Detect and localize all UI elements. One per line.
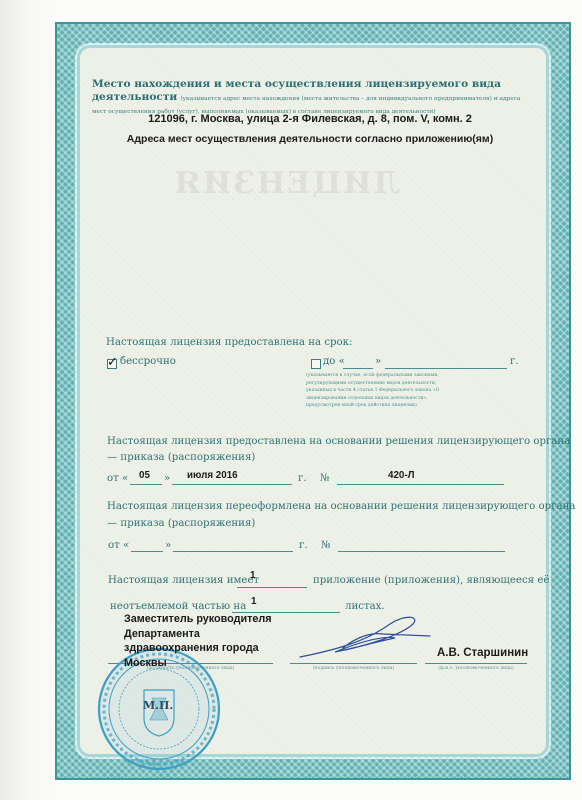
reissued-number-label: № (321, 540, 331, 551)
addresses-note: Адреса мест осуществления деятельности с… (80, 133, 540, 145)
indefinite-checkbox[interactable]: ✓ (107, 359, 117, 369)
granted-heading-line1: Настоящая лицензия предоставлена на осно… (107, 436, 570, 447)
granted-number-label: № (320, 473, 330, 484)
granted-number-line (337, 484, 504, 485)
appendix-text-before: Настоящая лицензия имеет (108, 575, 259, 586)
reissued-heading-line2: — приказа (распоряжения) (107, 518, 255, 529)
reissued-day-field[interactable] (131, 551, 163, 552)
signer-position-line: Департамента (124, 627, 272, 642)
signer-name: А.В. Старшинин (437, 647, 528, 659)
name-line (425, 663, 527, 664)
reissued-heading-line1: Настоящая лицензия переоформлена на осно… (107, 501, 575, 512)
granted-from-label: от « (107, 473, 128, 484)
granted-month-year-line (172, 484, 292, 485)
granted-day-line (130, 484, 162, 485)
granted-month-year[interactable]: июля 2016 (187, 470, 238, 481)
reissued-from-label: от « (108, 540, 129, 551)
until-note: (указывается в случае, если федеральными… (306, 372, 456, 410)
bleed-through-title: ЛИЦЕНЗИЯ (200, 166, 400, 201)
stamp-label: М.П. (143, 699, 173, 712)
reissued-quote-close: » (165, 540, 171, 551)
appendix-sheets-after: листах. (345, 601, 385, 612)
until-day-field[interactable] (343, 368, 373, 369)
location-heading-block: Место нахождения и места осуществления л… (92, 78, 532, 118)
granted-number[interactable]: 420-Л (388, 470, 414, 481)
until-quote-close: » (375, 356, 381, 367)
indefinite-label: бессрочно (120, 356, 176, 367)
appendix-sheets[interactable]: 1 (251, 596, 256, 607)
license-address: 121096, г. Москва, улица 2-я Филевская, … (80, 113, 540, 125)
signer-position: Заместитель руководителя Департамента зд… (124, 612, 272, 670)
signature-caption: (подпись уполномоченного лица) (290, 666, 417, 671)
reissued-number-field[interactable] (338, 551, 505, 552)
handwritten-signature (295, 612, 435, 662)
until-label: до « (323, 356, 345, 367)
appendix-text-after: приложение (приложения), являющееся её (313, 575, 549, 586)
granted-heading-line2: — приказа (распоряжения) (107, 452, 255, 463)
granted-day[interactable]: 05 (139, 470, 150, 481)
granted-quote-close: » (164, 473, 170, 484)
appendix-count[interactable]: 1 (250, 570, 255, 581)
appendix-sheets-before: неотъемлемой частью на (110, 601, 246, 612)
reissued-month-year-field[interactable] (173, 551, 293, 552)
granted-year-suffix: г. (298, 473, 307, 484)
until-month-year-field[interactable] (385, 368, 507, 369)
term-heading: Настоящая лицензия предоставлена на срок… (106, 337, 352, 348)
until-checkbox[interactable] (311, 359, 321, 369)
name-caption: (ф.и.о. уполномоченного лица) (425, 666, 527, 671)
signer-position-line: Заместитель руководителя (124, 612, 272, 627)
signer-position-line: Москвы (124, 656, 272, 671)
signer-position-line: здравоохранения города (124, 641, 272, 656)
check-icon: ✓ (107, 355, 118, 370)
signature-line (290, 663, 417, 664)
until-year-suffix: г. (510, 356, 519, 367)
reissued-year-suffix: г. (299, 540, 308, 551)
appendix-count-line (237, 587, 307, 588)
